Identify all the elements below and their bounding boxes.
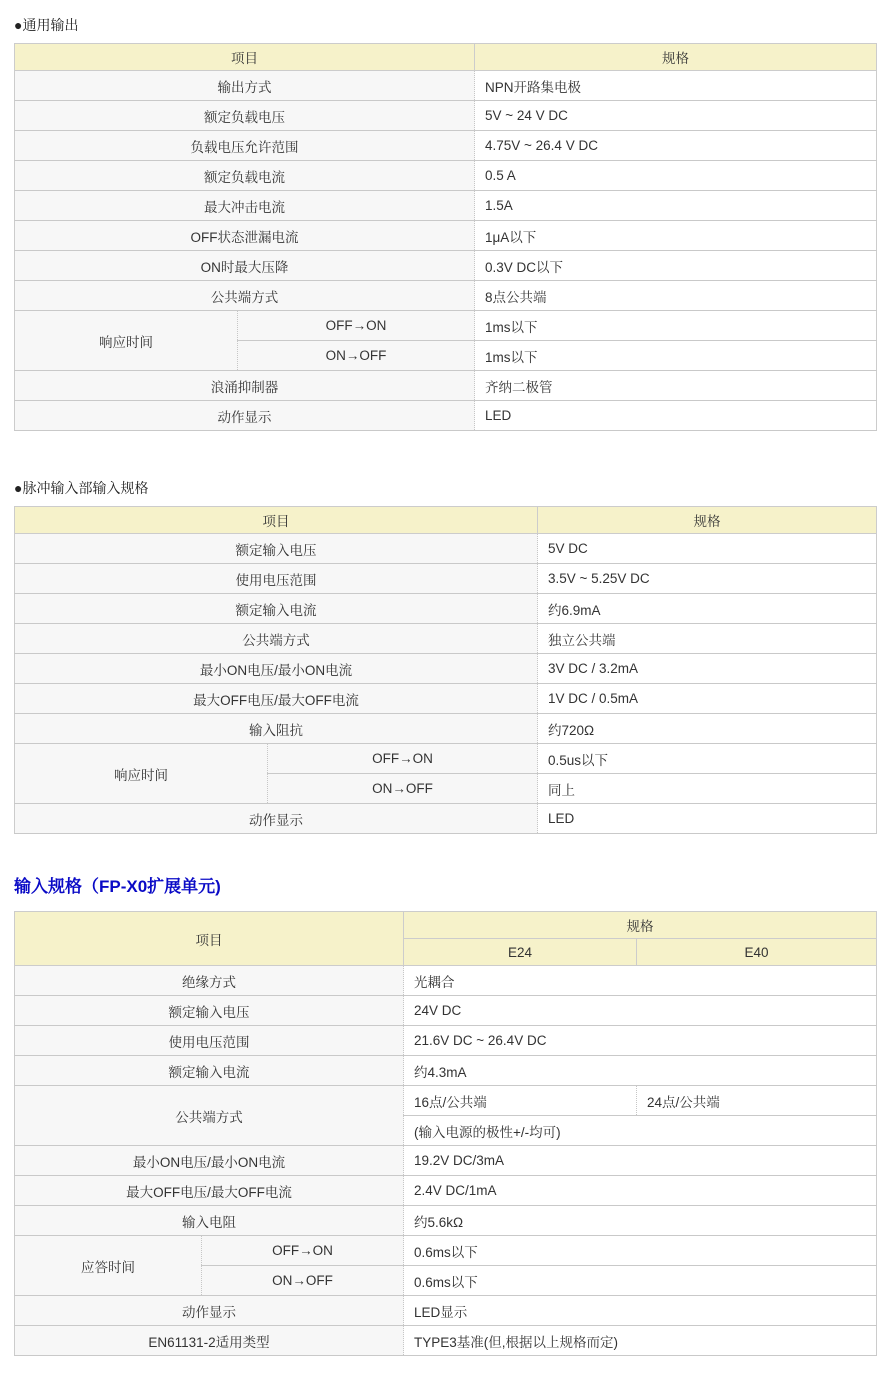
item-cell: ON时最大压降	[15, 251, 475, 281]
value-cell: 8点公共端	[475, 281, 877, 311]
table-row-response-1: 响应时间 OFF→ON 1ms以下	[15, 311, 877, 341]
item-cell: OFF状态泄漏电流	[15, 221, 475, 251]
value-cell: 1.5A	[475, 191, 877, 221]
value-cell: 1V DC / 0.5mA	[538, 684, 877, 714]
page-section-title: 输入规格（FP-X0扩展单元)	[14, 876, 876, 898]
value-cell: LED	[538, 804, 877, 834]
value-cell: 独立公共端	[538, 624, 877, 654]
common-method-label-cell: 公共端方式	[15, 1086, 404, 1146]
value-cell: 约720Ω	[538, 714, 877, 744]
item-cell: 输入阻抗	[15, 714, 538, 744]
value-cell: LED显示	[404, 1296, 877, 1326]
value-cell: 24V DC	[404, 996, 877, 1026]
column-header-item: 项目	[15, 912, 404, 966]
table-row: 输入阻抗 约720Ω	[15, 714, 877, 744]
sub-item-cell: OFF→ON	[238, 311, 475, 341]
value-cell: 0.5 A	[475, 161, 877, 191]
item-cell: 最大OFF电压/最大OFF电流	[15, 1176, 404, 1206]
column-header-item: 项目	[15, 507, 538, 534]
item-cell: 额定输入电压	[15, 996, 404, 1026]
item-cell: 使用电压范围	[15, 564, 538, 594]
section-label-general-output: ●通用输出	[14, 16, 876, 34]
table-row-response-1: 应答时间 OFF→ON 0.6ms以下	[15, 1236, 877, 1266]
item-cell: 输出方式	[15, 71, 475, 101]
item-cell: 动作显示	[15, 804, 538, 834]
sub-item-cell: ON→OFF	[268, 774, 538, 804]
value-cell: 1ms以下	[475, 341, 877, 371]
column-header-spec: 规格	[538, 507, 877, 534]
item-cell: EN61131-2适用类型	[15, 1326, 404, 1356]
table-header-row-1: 项目 规格	[15, 912, 877, 939]
value-cell: 21.6V DC ~ 26.4V DC	[404, 1026, 877, 1056]
table-header-row: 项目 规格	[15, 44, 877, 71]
item-cell: 负载电压允许范围	[15, 131, 475, 161]
table-row: 额定输入电流 约6.9mA	[15, 594, 877, 624]
table-row: 最小ON电压/最小ON电流 19.2V DC/3mA	[15, 1146, 877, 1176]
sub-item-cell: OFF→ON	[268, 744, 538, 774]
section-gap	[14, 431, 876, 479]
table-row: 最小ON电压/最小ON电流 3V DC / 3.2mA	[15, 654, 877, 684]
item-cell: 使用电压范围	[15, 1026, 404, 1056]
section-label-pulse-input: ●脉冲输入部输入规格	[14, 479, 876, 497]
sub-item-cell: ON→OFF	[238, 341, 475, 371]
item-cell: 额定输入电压	[15, 534, 538, 564]
table-row: 浪涌抑制器 齐纳二极管	[15, 371, 877, 401]
column-header-e24: E24	[404, 939, 637, 966]
item-cell: 最小ON电压/最小ON电流	[15, 1146, 404, 1176]
table-row: 动作显示 LED	[15, 401, 877, 431]
value-cell: 5V DC	[538, 534, 877, 564]
table-row: 额定负载电压 5V ~ 24 V DC	[15, 101, 877, 131]
table-row-response-1: 响应时间 OFF→ON 0.5us以下	[15, 744, 877, 774]
item-cell: 最大冲击电流	[15, 191, 475, 221]
table-row: 绝缘方式 光耦合	[15, 966, 877, 996]
value-cell: 同上	[538, 774, 877, 804]
item-cell: 动作显示	[15, 401, 475, 431]
value-cell: TYPE3基准(但,根据以上规格而定)	[404, 1326, 877, 1356]
value-cell: 3.5V ~ 5.25V DC	[538, 564, 877, 594]
item-cell: 额定负载电流	[15, 161, 475, 191]
table-row: 使用电压范围 3.5V ~ 5.25V DC	[15, 564, 877, 594]
column-header-spec: 规格	[404, 912, 877, 939]
table-row: 动作显示 LED显示	[15, 1296, 877, 1326]
item-cell: 最小ON电压/最小ON电流	[15, 654, 538, 684]
sub-item-cell: OFF→ON	[202, 1236, 404, 1266]
table-row: 动作显示 LED	[15, 804, 877, 834]
bottom-whitespace	[14, 1356, 876, 1380]
table-row: 额定输入电流 约4.3mA	[15, 1056, 877, 1086]
value-note-cell: (输入电源的极性+/-均可)	[404, 1116, 877, 1146]
item-cell: 额定负载电压	[15, 101, 475, 131]
table-row: OFF状态泄漏电流 1μA以下	[15, 221, 877, 251]
value-cell: 光耦合	[404, 966, 877, 996]
table-row: 输入电阻 约5.6kΩ	[15, 1206, 877, 1236]
table-row: 额定输入电压 24V DC	[15, 996, 877, 1026]
item-cell: 输入电阻	[15, 1206, 404, 1236]
value-cell: 0.3V DC以下	[475, 251, 877, 281]
table-row: 使用电压范围 21.6V DC ~ 26.4V DC	[15, 1026, 877, 1056]
table-row: 最大OFF电压/最大OFF电流 2.4V DC/1mA	[15, 1176, 877, 1206]
table-row: 额定负载电流 0.5 A	[15, 161, 877, 191]
value-cell-e24: 16点/公共端	[404, 1086, 637, 1116]
table-row: 公共端方式 独立公共端	[15, 624, 877, 654]
value-cell: 19.2V DC/3mA	[404, 1146, 877, 1176]
column-header-spec: 规格	[475, 44, 877, 71]
fpx0-expansion-input-table: 项目 规格 E24 E40 绝缘方式 光耦合 额定输入电压 24V DC 使用电…	[14, 911, 877, 1356]
value-cell-e40: 24点/公共端	[637, 1086, 877, 1116]
response-time-label-cell: 响应时间	[15, 311, 238, 371]
value-cell: 5V ~ 24 V DC	[475, 101, 877, 131]
response-time-label-cell: 响应时间	[15, 744, 268, 804]
item-cell: 公共端方式	[15, 281, 475, 311]
value-cell: 0.5us以下	[538, 744, 877, 774]
item-cell: 额定输入电流	[15, 594, 538, 624]
column-header-item: 项目	[15, 44, 475, 71]
item-cell: 最大OFF电压/最大OFF电流	[15, 684, 538, 714]
table-row: ON时最大压降 0.3V DC以下	[15, 251, 877, 281]
item-cell: 额定输入电流	[15, 1056, 404, 1086]
value-cell: 0.6ms以下	[404, 1266, 877, 1296]
table-row-common-1: 公共端方式 16点/公共端 24点/公共端	[15, 1086, 877, 1116]
table-row: 最大冲击电流 1.5A	[15, 191, 877, 221]
section-gap	[14, 834, 876, 876]
value-cell: 约4.3mA	[404, 1056, 877, 1086]
value-cell: NPN开路集电极	[475, 71, 877, 101]
sub-item-cell: ON→OFF	[202, 1266, 404, 1296]
response-time-label-cell: 应答时间	[15, 1236, 202, 1296]
table-row: 负载电压允许范围 4.75V ~ 26.4 V DC	[15, 131, 877, 161]
value-cell: 约5.6kΩ	[404, 1206, 877, 1236]
table-row: 公共端方式 8点公共端	[15, 281, 877, 311]
column-header-e40: E40	[637, 939, 877, 966]
table-header-row: 项目 规格	[15, 507, 877, 534]
item-cell: 动作显示	[15, 1296, 404, 1326]
table-row: EN61131-2适用类型 TYPE3基准(但,根据以上规格而定)	[15, 1326, 877, 1356]
item-cell: 绝缘方式	[15, 966, 404, 996]
pulse-input-table: 项目 规格 额定输入电压 5V DC 使用电压范围 3.5V ~ 5.25V D…	[14, 506, 877, 834]
value-cell: 3V DC / 3.2mA	[538, 654, 877, 684]
table-row: 额定输入电压 5V DC	[15, 534, 877, 564]
item-cell: 公共端方式	[15, 624, 538, 654]
value-cell: 齐纳二极管	[475, 371, 877, 401]
value-cell: LED	[475, 401, 877, 431]
value-cell: 2.4V DC/1mA	[404, 1176, 877, 1206]
value-cell: 1ms以下	[475, 311, 877, 341]
value-cell: 0.6ms以下	[404, 1236, 877, 1266]
table-row: 输出方式 NPN开路集电极	[15, 71, 877, 101]
general-output-table: 项目 规格 输出方式 NPN开路集电极 额定负载电压 5V ~ 24 V DC …	[14, 43, 877, 431]
page-content: ●通用输出 项目 规格 输出方式 NPN开路集电极 额定负载电压 5V ~ 24…	[0, 0, 890, 1380]
value-cell: 约6.9mA	[538, 594, 877, 624]
item-cell: 浪涌抑制器	[15, 371, 475, 401]
table-row: 最大OFF电压/最大OFF电流 1V DC / 0.5mA	[15, 684, 877, 714]
value-cell: 1μA以下	[475, 221, 877, 251]
value-cell: 4.75V ~ 26.4 V DC	[475, 131, 877, 161]
